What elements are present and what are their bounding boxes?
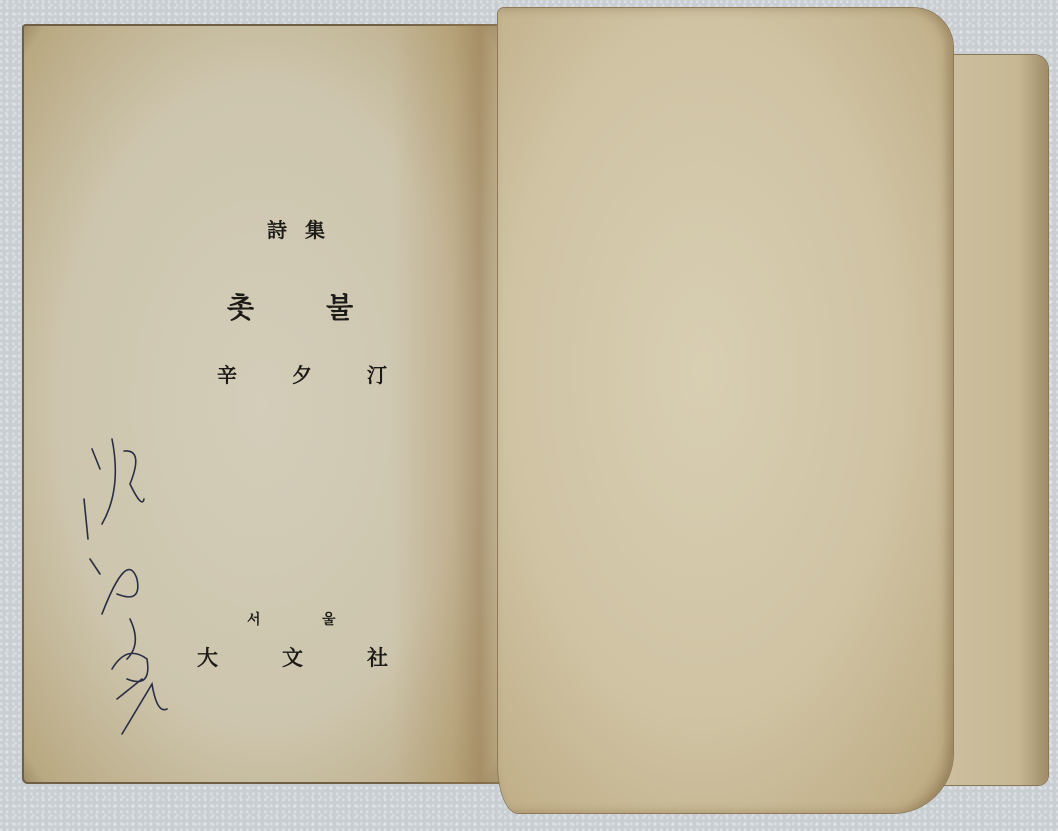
title-char: 불 <box>326 286 353 326</box>
place-char: 울 <box>322 609 397 629</box>
book-photo: 詩集 촛불 辛夕汀 서울 大文社 <box>0 0 1058 831</box>
publisher-char: 文 <box>282 642 367 672</box>
handwritten-signature <box>72 429 182 739</box>
author-char: 夕 <box>292 359 367 388</box>
book-title: 촛불 <box>227 286 353 326</box>
subtitle-text: 詩集 <box>267 214 343 243</box>
publication-place: 서울 <box>247 609 397 629</box>
right-blank-page <box>498 8 953 813</box>
author-char: 汀 <box>367 359 442 388</box>
publisher-name: 大文社 <box>197 642 452 672</box>
publisher-char: 社 <box>367 642 452 672</box>
author-char: 辛 <box>217 359 292 388</box>
publisher-char: 大 <box>197 642 282 672</box>
place-char: 서 <box>247 609 322 629</box>
left-title-page: 詩集 촛불 辛夕汀 서울 大文社 <box>22 24 502 784</box>
title-char: 촛 <box>227 286 254 326</box>
author-name: 辛夕汀 <box>217 359 442 388</box>
